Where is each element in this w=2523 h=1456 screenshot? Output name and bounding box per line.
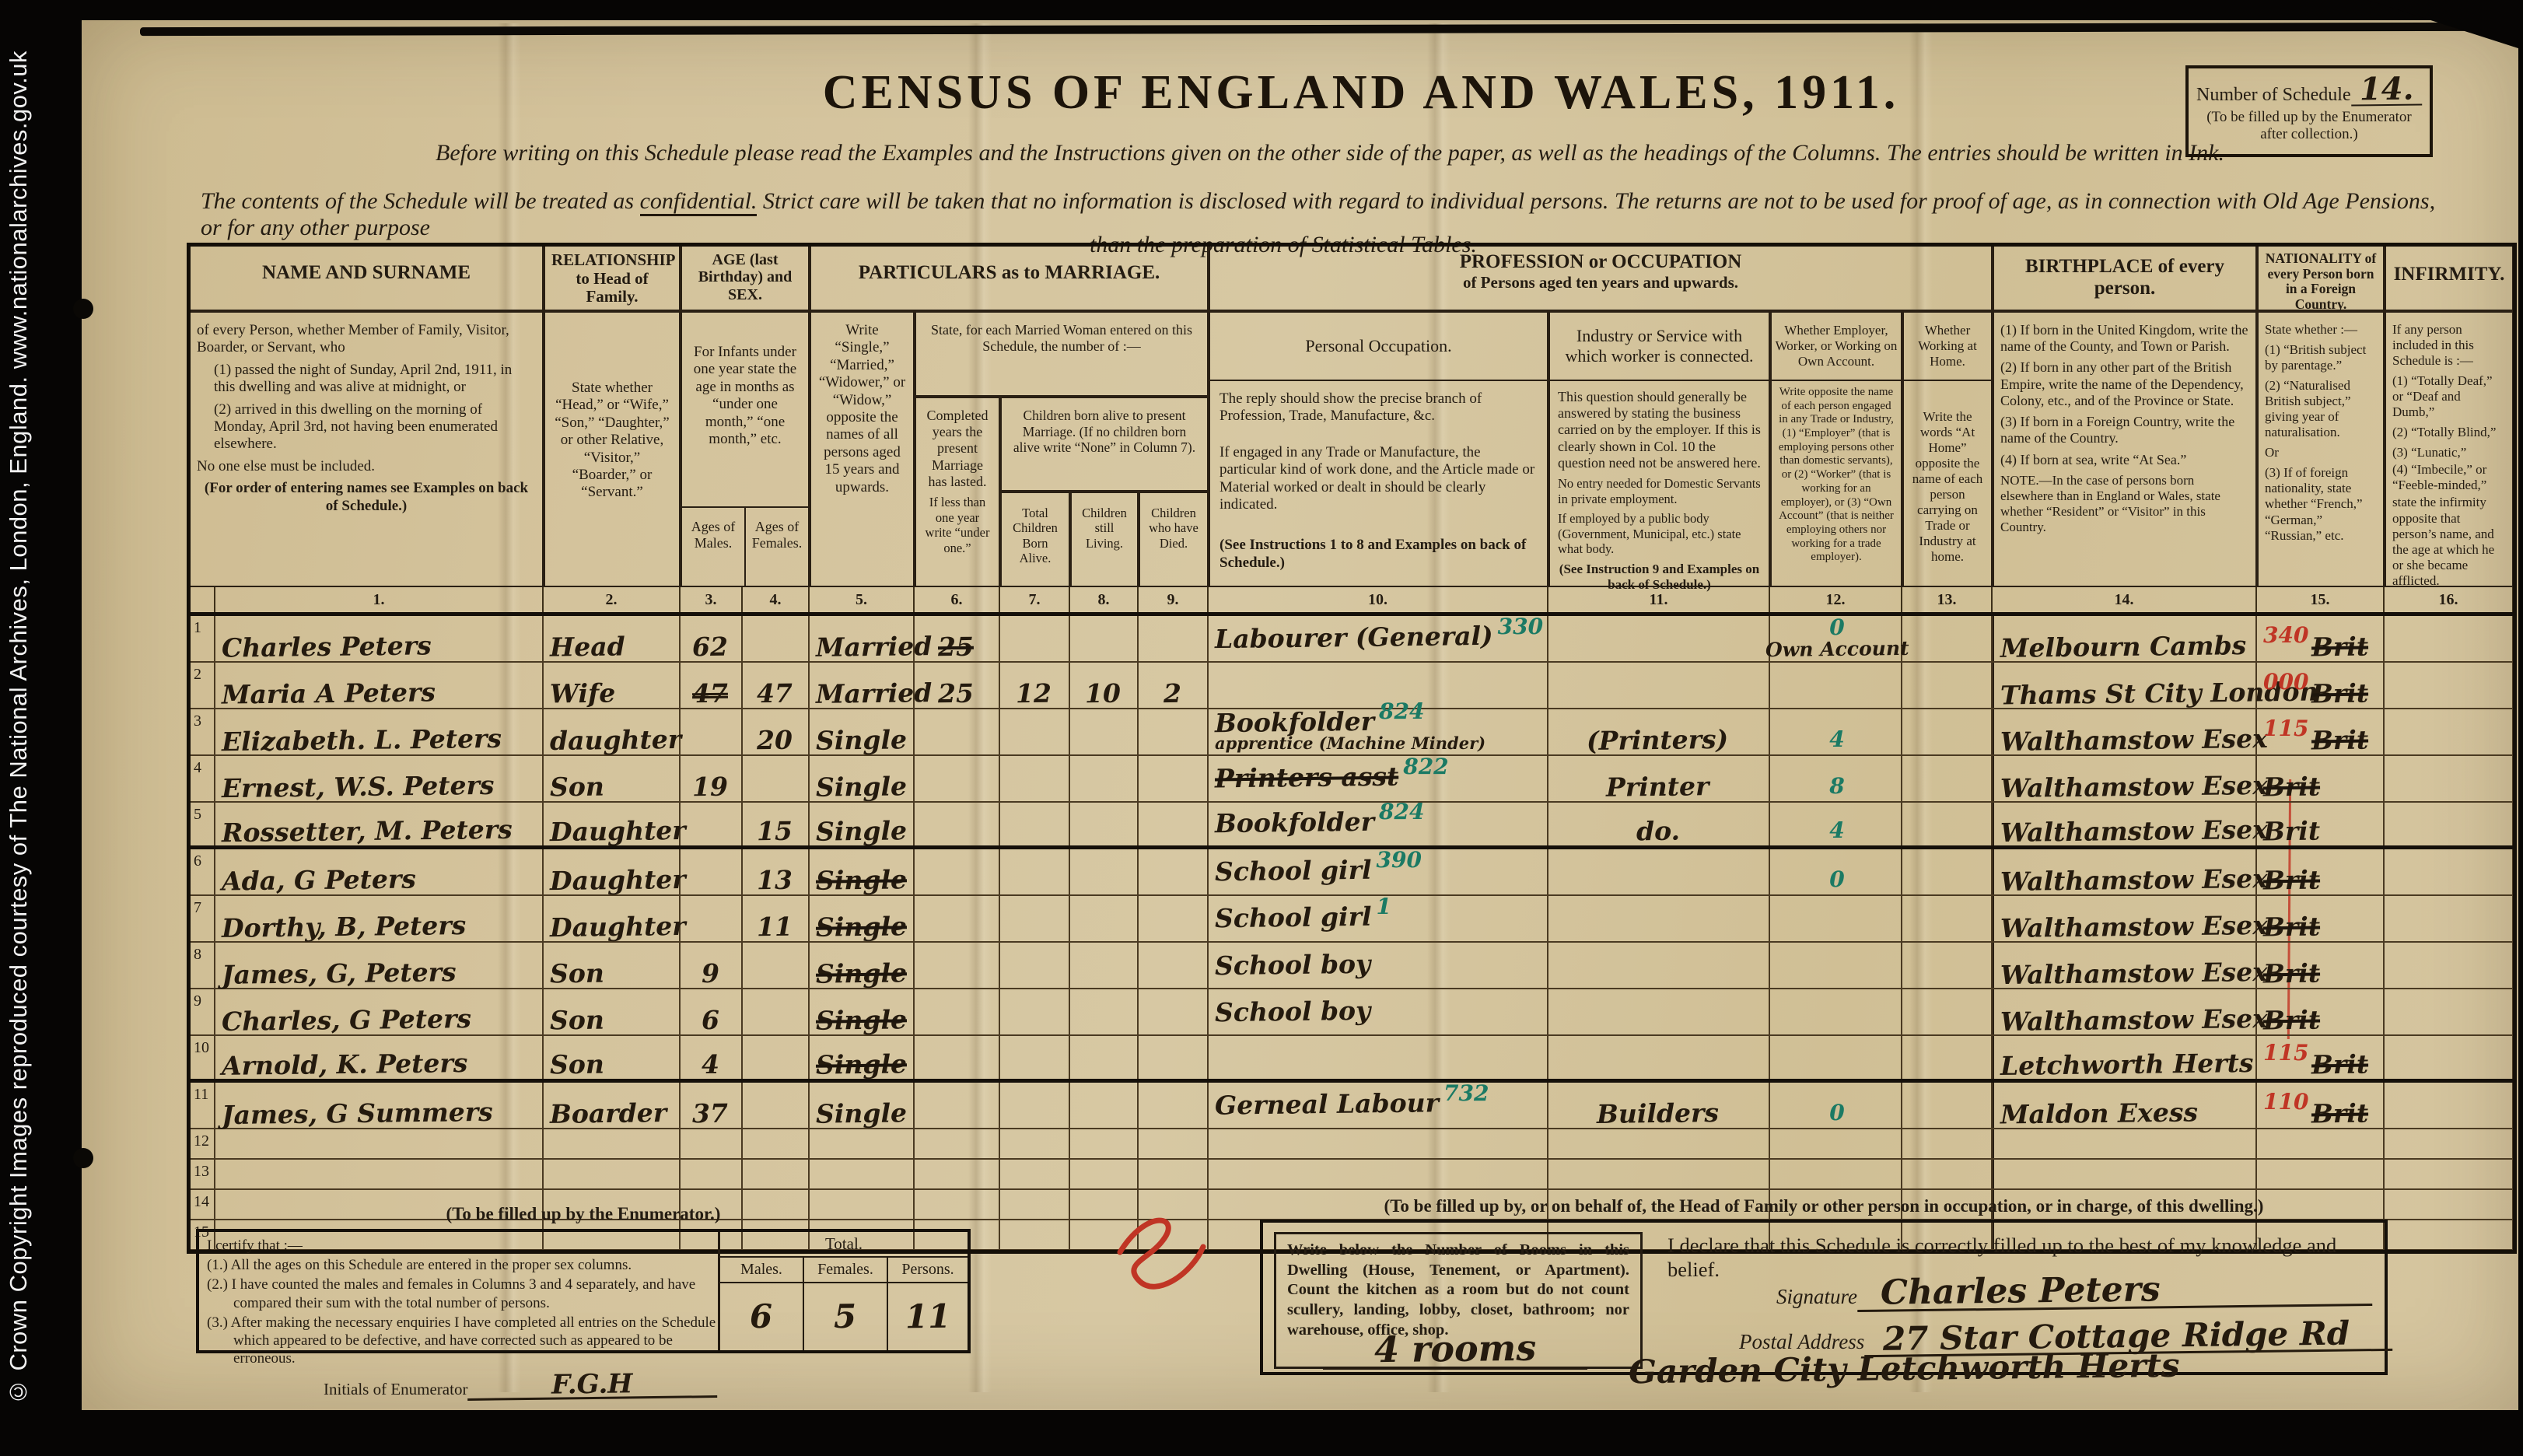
row-number: 8 bbox=[189, 943, 215, 988]
cell-marital bbox=[810, 1160, 915, 1188]
cell-industry bbox=[1548, 896, 1770, 941]
cell-at-home bbox=[1902, 849, 1993, 894]
hole-punch bbox=[73, 299, 93, 319]
cell-marital: Single bbox=[810, 1036, 915, 1079]
col-number-11: 11. bbox=[1548, 587, 1770, 612]
cell-nationality: 115Brit bbox=[2257, 1036, 2385, 1079]
cell-children-living bbox=[1070, 989, 1139, 1034]
cell-marital: Married bbox=[810, 663, 915, 708]
cell-at-home bbox=[1902, 1129, 1993, 1158]
cell-employer-status bbox=[1770, 1160, 1902, 1188]
cell-employer-status bbox=[1770, 896, 1902, 941]
row-number-col bbox=[189, 587, 215, 612]
cell-infirmity bbox=[2385, 943, 2514, 988]
header-c10: Personal Occupation. The reply should sh… bbox=[1209, 311, 1548, 587]
cell-years-married bbox=[915, 1036, 1000, 1079]
cell-infirmity bbox=[2385, 896, 2514, 941]
cell-relationship: Boarder bbox=[544, 1083, 681, 1128]
cell-name: Charles, G Peters bbox=[215, 989, 544, 1034]
row-number: 7 bbox=[189, 896, 215, 941]
cell-relationship: Wife bbox=[544, 663, 681, 708]
cell-children-died bbox=[1139, 943, 1209, 988]
cell-infirmity bbox=[2385, 1129, 2514, 1158]
address-value-2: Garden City Letchworth Herts bbox=[1629, 1350, 2180, 1388]
cell-at-home bbox=[1902, 616, 1993, 661]
cell-employer-status: 0 bbox=[1770, 849, 1902, 894]
cell-children-born bbox=[1000, 849, 1070, 894]
cell-at-home bbox=[1902, 1083, 1993, 1128]
header-c5-desc: Write “Single,” “Married,” “Widower,” or… bbox=[810, 311, 915, 587]
copyright-text: © Crown Copyright Images reproduced cour… bbox=[5, 51, 33, 1405]
cell-name bbox=[215, 1129, 544, 1158]
col-number-5: 5. bbox=[810, 587, 915, 612]
cell-children-living bbox=[1070, 1036, 1139, 1079]
cell-children-died bbox=[1139, 896, 1209, 941]
cell-relationship: Son bbox=[544, 756, 681, 801]
cell-children-born bbox=[1000, 803, 1070, 845]
cell-relationship: Daughter bbox=[544, 849, 681, 894]
cell-birthplace: Walthamstow Esex bbox=[1993, 896, 2257, 941]
header-age-desc: For Infants under one year state the age… bbox=[681, 311, 810, 587]
cell-children-living bbox=[1070, 709, 1139, 754]
cell-relationship: Daughter bbox=[544, 803, 681, 845]
table-row-6: 6Ada, G PetersDaughter13SingleSchool gir… bbox=[189, 849, 2514, 896]
cell-children-living bbox=[1070, 896, 1139, 941]
header-profession: PROFESSION or OCCUPATIONof Persons aged … bbox=[1209, 245, 1993, 311]
col-number-16: 16. bbox=[2385, 587, 2514, 612]
cell-infirmity bbox=[2385, 1190, 2514, 1219]
col-number-2: 2. bbox=[544, 587, 681, 612]
rooms-box: Write below the Number of Rooms in this … bbox=[1274, 1232, 1643, 1369]
cell-age-males bbox=[681, 803, 743, 845]
instr2-a: The contents of the Schedule will be tre… bbox=[201, 188, 640, 214]
cell-occupation: Printers asst822 bbox=[1209, 756, 1548, 801]
cell-years-married bbox=[915, 1129, 1000, 1158]
cell-nationality bbox=[2257, 1160, 2385, 1188]
cell-nationality bbox=[2257, 1129, 2385, 1158]
cell-children-born bbox=[1000, 1220, 1070, 1249]
totals-title: Total. bbox=[720, 1232, 968, 1258]
totals-males-value: 6 bbox=[750, 1301, 773, 1332]
cell-birthplace bbox=[1993, 1129, 2257, 1158]
dwelling-box: Write below the Number of Rooms in this … bbox=[1260, 1220, 2388, 1375]
header-c9: Children who have Died. bbox=[1139, 492, 1209, 587]
cell-infirmity bbox=[2385, 709, 2514, 754]
signature-value: Charles Peters bbox=[1857, 1271, 2372, 1312]
header-relationship: RELATIONSHIP to Head of Family. bbox=[544, 245, 681, 311]
col-number-10: 10. bbox=[1209, 587, 1548, 612]
instr2-confidential: confidential. bbox=[640, 188, 758, 216]
cell-relationship bbox=[544, 1129, 681, 1158]
table-row-5: 5Rossetter, M. PetersDaughter15SingleBoo… bbox=[189, 803, 2514, 849]
cell-infirmity bbox=[2385, 803, 2514, 845]
cell-birthplace: Walthamstow Esex bbox=[1993, 943, 2257, 988]
row-number: 4 bbox=[189, 756, 215, 801]
totals-persons-value: 11 bbox=[905, 1301, 951, 1333]
table-body: 1Charles PetersHead62Married25Labourer (… bbox=[189, 616, 2514, 1251]
cell-children-living bbox=[1070, 1083, 1139, 1128]
cell-occupation: School girl1 bbox=[1209, 896, 1548, 941]
header-name: NAME AND SURNAME bbox=[189, 245, 544, 311]
cell-children-died bbox=[1139, 756, 1209, 801]
cell-name: Maria A Peters bbox=[215, 663, 544, 708]
cell-children-living bbox=[1070, 616, 1139, 661]
cell-children-born bbox=[1000, 756, 1070, 801]
cell-nationality: Brit bbox=[2257, 989, 2385, 1034]
cell-children-died bbox=[1139, 1036, 1209, 1079]
col-number-8: 8. bbox=[1070, 587, 1139, 612]
cell-birthplace: Walthamstow Esex bbox=[1993, 803, 2257, 845]
cell-employer-status: 4 bbox=[1770, 709, 1902, 754]
instruction-line-1: Before writing on this Schedule please r… bbox=[311, 140, 2349, 166]
census-scan-page: © Crown Copyright Images reproduced cour… bbox=[0, 0, 2523, 1456]
cell-name: James, G Summers bbox=[215, 1083, 544, 1128]
cell-birthplace: Thams St City London bbox=[1993, 663, 2257, 708]
cell-age-males bbox=[681, 709, 743, 754]
rooms-instructions: Write below the Number of Rooms in this … bbox=[1287, 1241, 1629, 1339]
table-row-13: 13 bbox=[189, 1160, 2514, 1190]
cell-name: Arnold, K. Peters bbox=[215, 1036, 544, 1079]
col-number-12: 12. bbox=[1770, 587, 1902, 612]
cell-industry: Builders bbox=[1548, 1083, 1770, 1128]
cell-occupation: School boy bbox=[1209, 943, 1548, 988]
cell-at-home bbox=[1902, 1036, 1993, 1079]
table-row-12: 12 bbox=[189, 1129, 2514, 1160]
cell-age-females: 11 bbox=[743, 896, 810, 941]
row-number: 11 bbox=[189, 1083, 215, 1128]
cell-years-married bbox=[915, 943, 1000, 988]
cell-infirmity bbox=[2385, 616, 2514, 661]
cell-children-died bbox=[1139, 616, 1209, 661]
initials-label: Initials of Enumerator bbox=[324, 1380, 467, 1400]
header-infirmity: INFIRMITY. bbox=[2385, 245, 2514, 311]
header-ages-males: Ages of Males. bbox=[682, 508, 746, 586]
cell-occupation: Bookfolder824apprentice (Machine Minder) bbox=[1209, 709, 1548, 754]
cell-infirmity bbox=[2385, 849, 2514, 894]
cell-children-born bbox=[1000, 896, 1070, 941]
col-number-14: 14. bbox=[1993, 587, 2257, 612]
cell-infirmity bbox=[2385, 1036, 2514, 1079]
cell-at-home bbox=[1902, 1160, 1993, 1188]
cell-birthplace: Melbourn Cambs bbox=[1993, 616, 2257, 661]
cell-age-males bbox=[681, 1129, 743, 1158]
cell-employer-status bbox=[1770, 663, 1902, 708]
cell-years-married bbox=[915, 989, 1000, 1034]
col-number-4: 4. bbox=[743, 587, 810, 612]
cell-birthplace: Walthamstow Esex bbox=[1993, 849, 2257, 894]
cell-birthplace: Walthamstow Esex bbox=[1993, 756, 2257, 801]
cell-nationality: Brit bbox=[2257, 896, 2385, 941]
table-row-7: 7Dorthy, B, PetersDaughter11SingleSchool… bbox=[189, 896, 2514, 943]
row-number: 12 bbox=[189, 1129, 215, 1158]
cell-children-born bbox=[1000, 1190, 1070, 1219]
row-number: 5 bbox=[189, 803, 215, 845]
cell-age-males: 19 bbox=[681, 756, 743, 801]
schedule-number-value: 14. bbox=[2350, 74, 2422, 106]
torn-corner bbox=[2367, 0, 2523, 50]
page-title: CENSUS OF ENGLAND AND WALES, 1911. bbox=[817, 65, 1905, 121]
cell-nationality: 340Brit bbox=[2257, 616, 2385, 661]
cell-marital: Single bbox=[810, 849, 915, 894]
cell-age-males: 9 bbox=[681, 943, 743, 988]
cell-employer-status: 0Own Account bbox=[1770, 616, 1902, 661]
cell-children-born bbox=[1000, 616, 1070, 661]
address-row-2: Garden City Letchworth Herts bbox=[1629, 1353, 2179, 1384]
cell-industry bbox=[1548, 1160, 1770, 1188]
cell-occupation bbox=[1209, 1129, 1548, 1158]
cell-nationality: 115Brit bbox=[2257, 709, 2385, 754]
schedule-number-note: (To be filled up by the Enumerator after… bbox=[2196, 109, 2422, 143]
cell-age-males: 62 bbox=[681, 616, 743, 661]
cell-name bbox=[215, 1160, 544, 1188]
column-number-strip: 1.2.3.4.5.6.7.8.9.10.11.12.13.14.15.16. bbox=[189, 587, 2514, 616]
cell-age-females: 15 bbox=[743, 803, 810, 845]
cell-marital: Single bbox=[810, 896, 915, 941]
cell-employer-status: 4 bbox=[1770, 803, 1902, 845]
cell-employer-status: 8 bbox=[1770, 756, 1902, 801]
cell-children-living bbox=[1070, 1129, 1139, 1158]
header-inf-desc: If any person included in this Schedule … bbox=[2385, 311, 2514, 587]
cell-at-home bbox=[1902, 663, 1993, 708]
cell-years-married bbox=[915, 756, 1000, 801]
cell-birthplace: Walthamstow Esex bbox=[1993, 709, 2257, 754]
cell-name: James, G, Peters bbox=[215, 943, 544, 988]
header-nationality: NATIONALITY of every Person born in a Fo… bbox=[2257, 245, 2385, 311]
cell-nationality: Brit bbox=[2257, 943, 2385, 988]
header-c12: Whether Employer, Worker, or Working on … bbox=[1770, 311, 1902, 587]
cell-children-born bbox=[1000, 1036, 1070, 1079]
cell-at-home bbox=[1902, 943, 1993, 988]
cell-industry: Printer bbox=[1548, 756, 1770, 801]
cell-marital: Married bbox=[810, 616, 915, 661]
cell-age-males: 4 bbox=[681, 1036, 743, 1079]
header-c7: Total Children Born Alive. bbox=[1000, 492, 1070, 587]
cell-age-females bbox=[743, 943, 810, 988]
cell-relationship bbox=[544, 1160, 681, 1188]
initials-value: F.G.H bbox=[467, 1370, 717, 1401]
cell-age-females: 20 bbox=[743, 709, 810, 754]
header-birth-desc: (1) If born in the United Kingdom, write… bbox=[1993, 311, 2257, 587]
cell-industry bbox=[1548, 943, 1770, 988]
header-name-desc: of every Person, whether Member of Famil… bbox=[189, 311, 544, 587]
cell-industry bbox=[1548, 1036, 1770, 1079]
cell-nationality: 110Brit bbox=[2257, 1083, 2385, 1128]
cell-nationality: Brit bbox=[2257, 756, 2385, 801]
header-c6-desc: Completed years the present Marriage has… bbox=[915, 397, 1000, 587]
cell-birthplace bbox=[1993, 1160, 2257, 1188]
cell-years-married: 25 bbox=[915, 616, 1000, 661]
cell-occupation: Labourer (General)330 bbox=[1209, 616, 1548, 661]
cell-occupation: Bookfolder824 bbox=[1209, 803, 1548, 845]
cell-children-died bbox=[1139, 803, 1209, 845]
cell-name: Rossetter, M. Peters bbox=[215, 803, 544, 845]
cell-birthplace: Letchworth Herts bbox=[1993, 1036, 2257, 1079]
cell-children-born bbox=[1000, 1083, 1070, 1128]
cell-at-home bbox=[1902, 989, 1993, 1034]
enumerator-box: I certify that :— (1.) All the ages on t… bbox=[196, 1229, 971, 1353]
cell-employer-status bbox=[1770, 943, 1902, 988]
col-number-3: 3. bbox=[681, 587, 743, 612]
cell-age-females bbox=[743, 1083, 810, 1128]
col-number-7: 7. bbox=[1000, 587, 1070, 612]
cell-marital: Single bbox=[810, 989, 915, 1034]
cell-children-died bbox=[1139, 1129, 1209, 1158]
cell-occupation: School girl390 bbox=[1209, 849, 1548, 894]
cell-at-home bbox=[1902, 896, 1993, 941]
header-birthplace: BIRTHPLACE of every person. bbox=[1993, 245, 2257, 311]
copyright-strip: © Crown Copyright Images reproduced cour… bbox=[5, 0, 33, 1456]
totals-males-label: Males. bbox=[720, 1258, 804, 1282]
cell-infirmity bbox=[2385, 1083, 2514, 1128]
header-c13: Whether Working at Home. Write the words… bbox=[1902, 311, 1993, 587]
cell-age-males bbox=[681, 896, 743, 941]
header-marriage: PARTICULARS as to MARRIAGE. bbox=[810, 245, 1209, 311]
cell-years-married bbox=[915, 849, 1000, 894]
cell-children-died: 2 bbox=[1139, 663, 1209, 708]
schedule-number-label: Number of Schedule bbox=[2196, 85, 2351, 106]
totals-persons-label: Persons. bbox=[888, 1258, 968, 1282]
cell-children-living bbox=[1070, 1160, 1139, 1188]
cell-occupation bbox=[1209, 1036, 1548, 1079]
header-nat-desc: State whether :— (1) “British subject by… bbox=[2257, 311, 2385, 587]
cell-children-died bbox=[1139, 849, 1209, 894]
row-number: 6 bbox=[189, 849, 215, 894]
cell-age-females: 13 bbox=[743, 849, 810, 894]
cell-relationship: daughter bbox=[544, 709, 681, 754]
cell-years-married bbox=[915, 1083, 1000, 1128]
cell-marital bbox=[810, 1129, 915, 1158]
row-number: 9 bbox=[189, 989, 215, 1034]
cell-children-born bbox=[1000, 1160, 1070, 1188]
cell-age-males: 6 bbox=[681, 989, 743, 1034]
header-children-group: Children born alive to present Marriage.… bbox=[1000, 397, 1209, 492]
cell-industry bbox=[1548, 663, 1770, 708]
col-number-15: 15. bbox=[2257, 587, 2385, 612]
totals-grid: Total. Males. Females. Persons. 6 5 11 bbox=[718, 1232, 968, 1350]
rooms-value: 4 rooms bbox=[1374, 1332, 1537, 1367]
cell-nationality: Brit bbox=[2257, 849, 2385, 894]
cell-age-males bbox=[681, 1160, 743, 1188]
col-number-1: 1. bbox=[215, 587, 544, 612]
cell-age-females bbox=[743, 1129, 810, 1158]
cell-age-females bbox=[743, 756, 810, 801]
cell-children-died bbox=[1139, 1083, 1209, 1128]
cell-infirmity bbox=[2385, 1220, 2514, 1249]
col-number-6: 6. bbox=[915, 587, 1000, 612]
cell-relationship: Son bbox=[544, 943, 681, 988]
enumerator-heading: (To be filled up by the Enumerator.) bbox=[196, 1204, 971, 1224]
cell-age-males: 37 bbox=[681, 1083, 743, 1128]
cell-occupation: Gerneal Labour732 bbox=[1209, 1083, 1548, 1128]
dwelling-heading: (To be filled up by, or on behalf of, th… bbox=[1260, 1196, 2388, 1216]
cell-name: Dorthy, B, Peters bbox=[215, 896, 544, 941]
cell-years-married bbox=[915, 709, 1000, 754]
cell-children-born bbox=[1000, 1129, 1070, 1158]
cell-children-died bbox=[1139, 1160, 1209, 1188]
cell-age-females: 47 bbox=[743, 663, 810, 708]
header-age: AGE (last Birthday) and SEX. bbox=[681, 245, 810, 311]
cell-name: Charles Peters bbox=[215, 616, 544, 661]
cell-years-married: 25 bbox=[915, 663, 1000, 708]
cell-nationality: Brit bbox=[2257, 803, 2385, 845]
cell-relationship: Son bbox=[544, 1036, 681, 1079]
cell-name: Elizabeth. L. Peters bbox=[215, 709, 544, 754]
cell-children-died bbox=[1139, 709, 1209, 754]
header-c11: Industry or Service with which worker is… bbox=[1548, 311, 1770, 587]
cell-infirmity bbox=[2385, 756, 2514, 801]
cell-birthplace: Maldon Exess bbox=[1993, 1083, 2257, 1128]
cell-children-born bbox=[1000, 709, 1070, 754]
header-married-woman: State, for each Married Woman entered on… bbox=[915, 311, 1209, 397]
cell-infirmity bbox=[2385, 989, 2514, 1034]
schedule-number-box: Number of Schedule 14. (To be filled up … bbox=[2185, 65, 2433, 157]
row-number: 2 bbox=[189, 663, 215, 708]
hole-punch bbox=[73, 1148, 93, 1168]
col-number-13: 13. bbox=[1902, 587, 1993, 612]
cell-industry: (Printers) bbox=[1548, 709, 1770, 754]
cell-children-living bbox=[1070, 849, 1139, 894]
cell-years-married bbox=[915, 896, 1000, 941]
row-number: 13 bbox=[189, 1160, 215, 1188]
cell-years-married bbox=[915, 1160, 1000, 1188]
cell-marital: Single bbox=[810, 1083, 915, 1128]
cell-infirmity bbox=[2385, 1160, 2514, 1188]
signature-row: Signature Charles Peters bbox=[1776, 1274, 2372, 1309]
cell-age-males: 47 bbox=[681, 663, 743, 708]
cell-industry: do. bbox=[1548, 803, 1770, 845]
table-row-8: 8James, G, PetersSon9SingleSchool boyWal… bbox=[189, 943, 2514, 989]
cell-relationship: Son bbox=[544, 989, 681, 1034]
cell-employer-status bbox=[1770, 1036, 1902, 1079]
table-row-2: 2Maria A PetersWife4747Married2512102Tha… bbox=[189, 663, 2514, 709]
cell-children-died bbox=[1139, 989, 1209, 1034]
signature-label: Signature bbox=[1776, 1285, 1857, 1309]
cell-children-born bbox=[1000, 989, 1070, 1034]
cell-children-born: 12 bbox=[1000, 663, 1070, 708]
cell-children-living bbox=[1070, 803, 1139, 845]
cell-industry bbox=[1548, 849, 1770, 894]
cell-relationship: Head bbox=[544, 616, 681, 661]
cell-birthplace: Walthamstow Esex bbox=[1993, 989, 2257, 1034]
table-row-1: 1Charles PetersHead62Married25Labourer (… bbox=[189, 616, 2514, 663]
cell-at-home bbox=[1902, 709, 1993, 754]
cell-nationality: 000Brit bbox=[2257, 663, 2385, 708]
red-check-scrawl bbox=[1101, 1202, 1217, 1318]
enumerator-certify: I certify that :— (1.) All the ages on t… bbox=[207, 1237, 717, 1400]
cell-industry bbox=[1548, 989, 1770, 1034]
cell-age-females bbox=[743, 989, 810, 1034]
header-ages-females: Ages of Females. bbox=[746, 508, 808, 586]
cell-at-home bbox=[1902, 803, 1993, 845]
row-number: 1 bbox=[189, 616, 215, 661]
table-row-9: 9Charles, G PetersSon6SingleSchool boyWa… bbox=[189, 989, 2514, 1036]
header-rel-desc: State whether “Head,” or “Wife,” “Son,” … bbox=[544, 311, 681, 587]
cell-age-males bbox=[681, 849, 743, 894]
totals-females-label: Females. bbox=[804, 1258, 888, 1282]
cell-marital: Single bbox=[810, 943, 915, 988]
cell-children-living: 10 bbox=[1070, 663, 1139, 708]
cell-relationship: Daughter bbox=[544, 896, 681, 941]
cell-age-females bbox=[743, 1160, 810, 1188]
cell-years-married bbox=[915, 803, 1000, 845]
header-c8: Children still Living. bbox=[1070, 492, 1139, 587]
cell-occupation: School boy bbox=[1209, 989, 1548, 1034]
row-number: 10 bbox=[189, 1036, 215, 1079]
table-row-3: 3Elizabeth. L. Petersdaughter20SingleBoo… bbox=[189, 709, 2514, 756]
cell-marital: Single bbox=[810, 803, 915, 845]
cell-age-females bbox=[743, 616, 810, 661]
totals-females-value: 5 bbox=[834, 1301, 857, 1332]
